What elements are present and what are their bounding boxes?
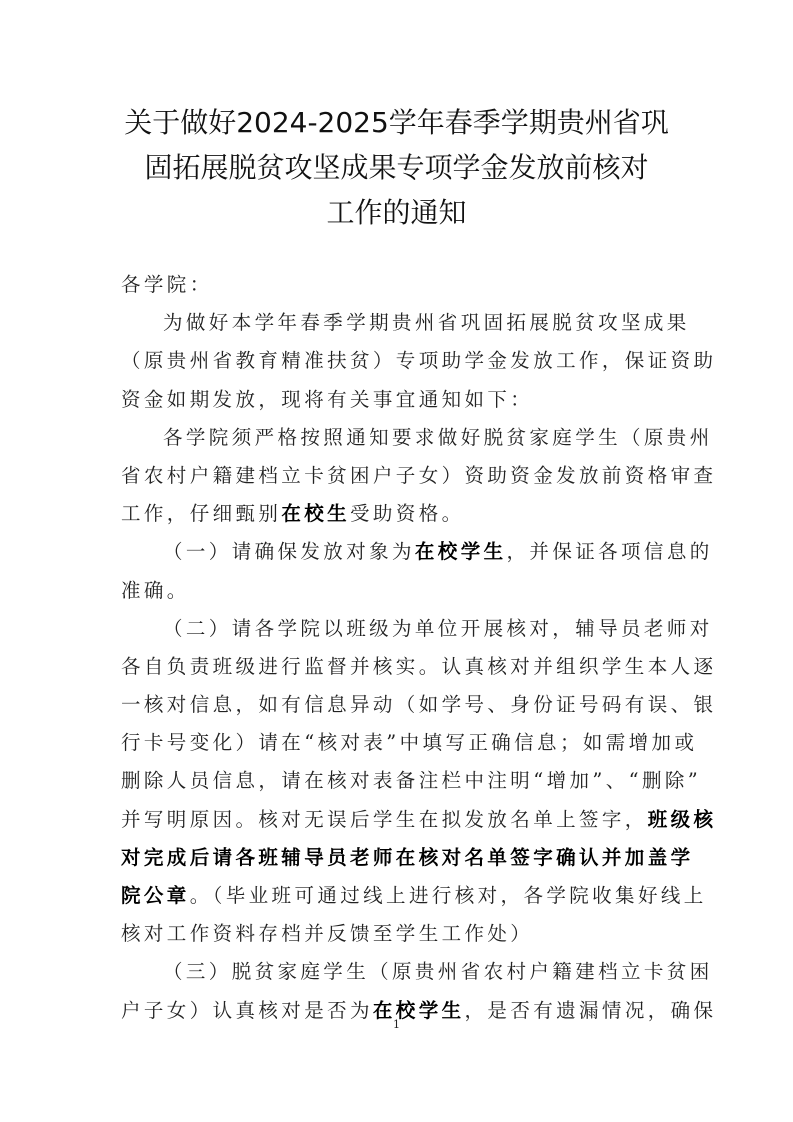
body-paragraphs: 为做好本学年春季学期贵州省巩固拓展脱贫攻坚成果（原贵州省教育精准扶贫）专项助学金…: [121, 304, 681, 1030]
bold-text: 院公章: [121, 884, 190, 907]
text-run: 删除人员信息，请在核对表备注栏中注明“增加”、“删除”: [121, 769, 701, 792]
text-line: 并写明原因。核对无误后学生在拟发放名单上签字，班级核: [121, 801, 681, 839]
text-run: 一核对信息，如有信息异动（如学号、身份证号码有误、银: [121, 693, 716, 716]
text-run: 各学院须严格按照通知要求做好脱贫家庭学生（原贵州: [163, 426, 713, 449]
text-line: 省农村户籍建档立卡贫困户子女）资助资金发放前资格审查: [121, 457, 681, 495]
text-run: 核对工作资料存档并反馈至学生工作处）: [121, 922, 533, 945]
bold-text: 班级核: [648, 808, 717, 831]
text-run: 工作，仔细甄别: [121, 502, 281, 525]
text-line: （一）请确保发放对象为在校学生，并保证各项信息的: [121, 533, 681, 571]
document-title: 关于做好2024-2025学年春季学期贵州省巩 固拓展脱贫攻坚成果专项学金发放前…: [100, 100, 693, 235]
text-line: 各自负责班级进行监督并核实。认真核对并组织学生本人逐: [121, 648, 681, 686]
title-line: 关于做好2024-2025学年春季学期贵州省巩: [100, 100, 693, 145]
title-line: 固拓展脱贫攻坚成果专项学金发放前核对: [100, 145, 693, 190]
text-line: 工作，仔细甄别在校生受助资格。: [121, 495, 681, 533]
bold-text: 对完成后请各班辅导员老师在核对名单签字确认并加盖学: [121, 846, 694, 869]
text-line: 删除人员信息，请在核对表备注栏中注明“增加”、“删除”: [121, 762, 681, 800]
text-line: （原贵州省教育精准扶贫）专项助学金发放工作，保证资助: [121, 342, 681, 380]
text-line: （三）脱贫家庭学生（原贵州省农村户籍建档立卡贫困: [121, 953, 681, 991]
text-line: 为做好本学年春季学期贵州省巩固拓展脱贫攻坚成果: [121, 304, 681, 342]
text-run: 行卡号变化）请在“核对表”中填写正确信息；如需增加或: [121, 731, 697, 754]
text-run: （原贵州省教育精准扶贫）专项助学金发放工作，保证资助: [121, 349, 716, 372]
text-line: （二）请各学院以班级为单位开展核对，辅导员老师对: [121, 610, 681, 648]
text-line: 对完成后请各班辅导员老师在核对名单签字确认并加盖学: [121, 839, 681, 877]
text-line: 资金如期发放，现将有关事宜通知如下：: [121, 381, 681, 419]
text-line: 一核对信息，如有信息异动（如学号、身份证号码有误、银: [121, 686, 681, 724]
text-run: 受助资格。: [350, 502, 465, 525]
title-line: 工作的通知: [100, 190, 693, 235]
salutation: 各学院：: [121, 266, 681, 304]
text-run: ，并保证各项信息的: [507, 540, 713, 563]
text-line: 各学院须严格按照通知要求做好脱贫家庭学生（原贵州: [121, 419, 681, 457]
document-body: 各学院： 为做好本学年春季学期贵州省巩固拓展脱贫攻坚成果（原贵州省教育精准扶贫）…: [121, 266, 681, 1030]
text-line: 核对工作资料存档并反馈至学生工作处）: [121, 915, 681, 953]
text-run: 各自负责班级进行监督并核实。认真核对并组织学生本人逐: [121, 655, 716, 678]
text-line: 院公章。（毕业班可通过线上进行核对，各学院收集好线上: [121, 877, 681, 915]
text-run: （二）请各学院以班级为单位开展核对，辅导员老师对: [163, 617, 713, 640]
text-run: 为做好本学年春季学期贵州省巩固拓展脱贫攻坚成果: [163, 311, 690, 334]
text-run: 省农村户籍建档立卡贫困户子女）资助资金发放前资格审查: [121, 464, 716, 487]
document-page: 关于做好2024-2025学年春季学期贵州省巩 固拓展脱贫攻坚成果专项学金发放前…: [0, 0, 793, 1122]
bold-text: 在校生: [281, 502, 350, 525]
text-run: （一）请确保发放对象为: [163, 540, 415, 563]
text-run: 并写明原因。核对无误后学生在拟发放名单上签字，: [121, 808, 648, 831]
text-run: （三）脱贫家庭学生（原贵州省农村户籍建档立卡贫困: [163, 960, 713, 983]
page-number: 1: [0, 1018, 793, 1031]
text-run: 资金如期发放，现将有关事宜通知如下：: [121, 388, 533, 411]
text-line: 准确。: [121, 572, 681, 610]
text-line: 行卡号变化）请在“核对表”中填写正确信息；如需增加或: [121, 724, 681, 762]
text-run: 准确。: [121, 579, 190, 602]
text-run: 。（毕业班可通过线上进行核对，各学院收集好线上: [190, 884, 707, 907]
bold-text: 在校学生: [415, 540, 507, 563]
